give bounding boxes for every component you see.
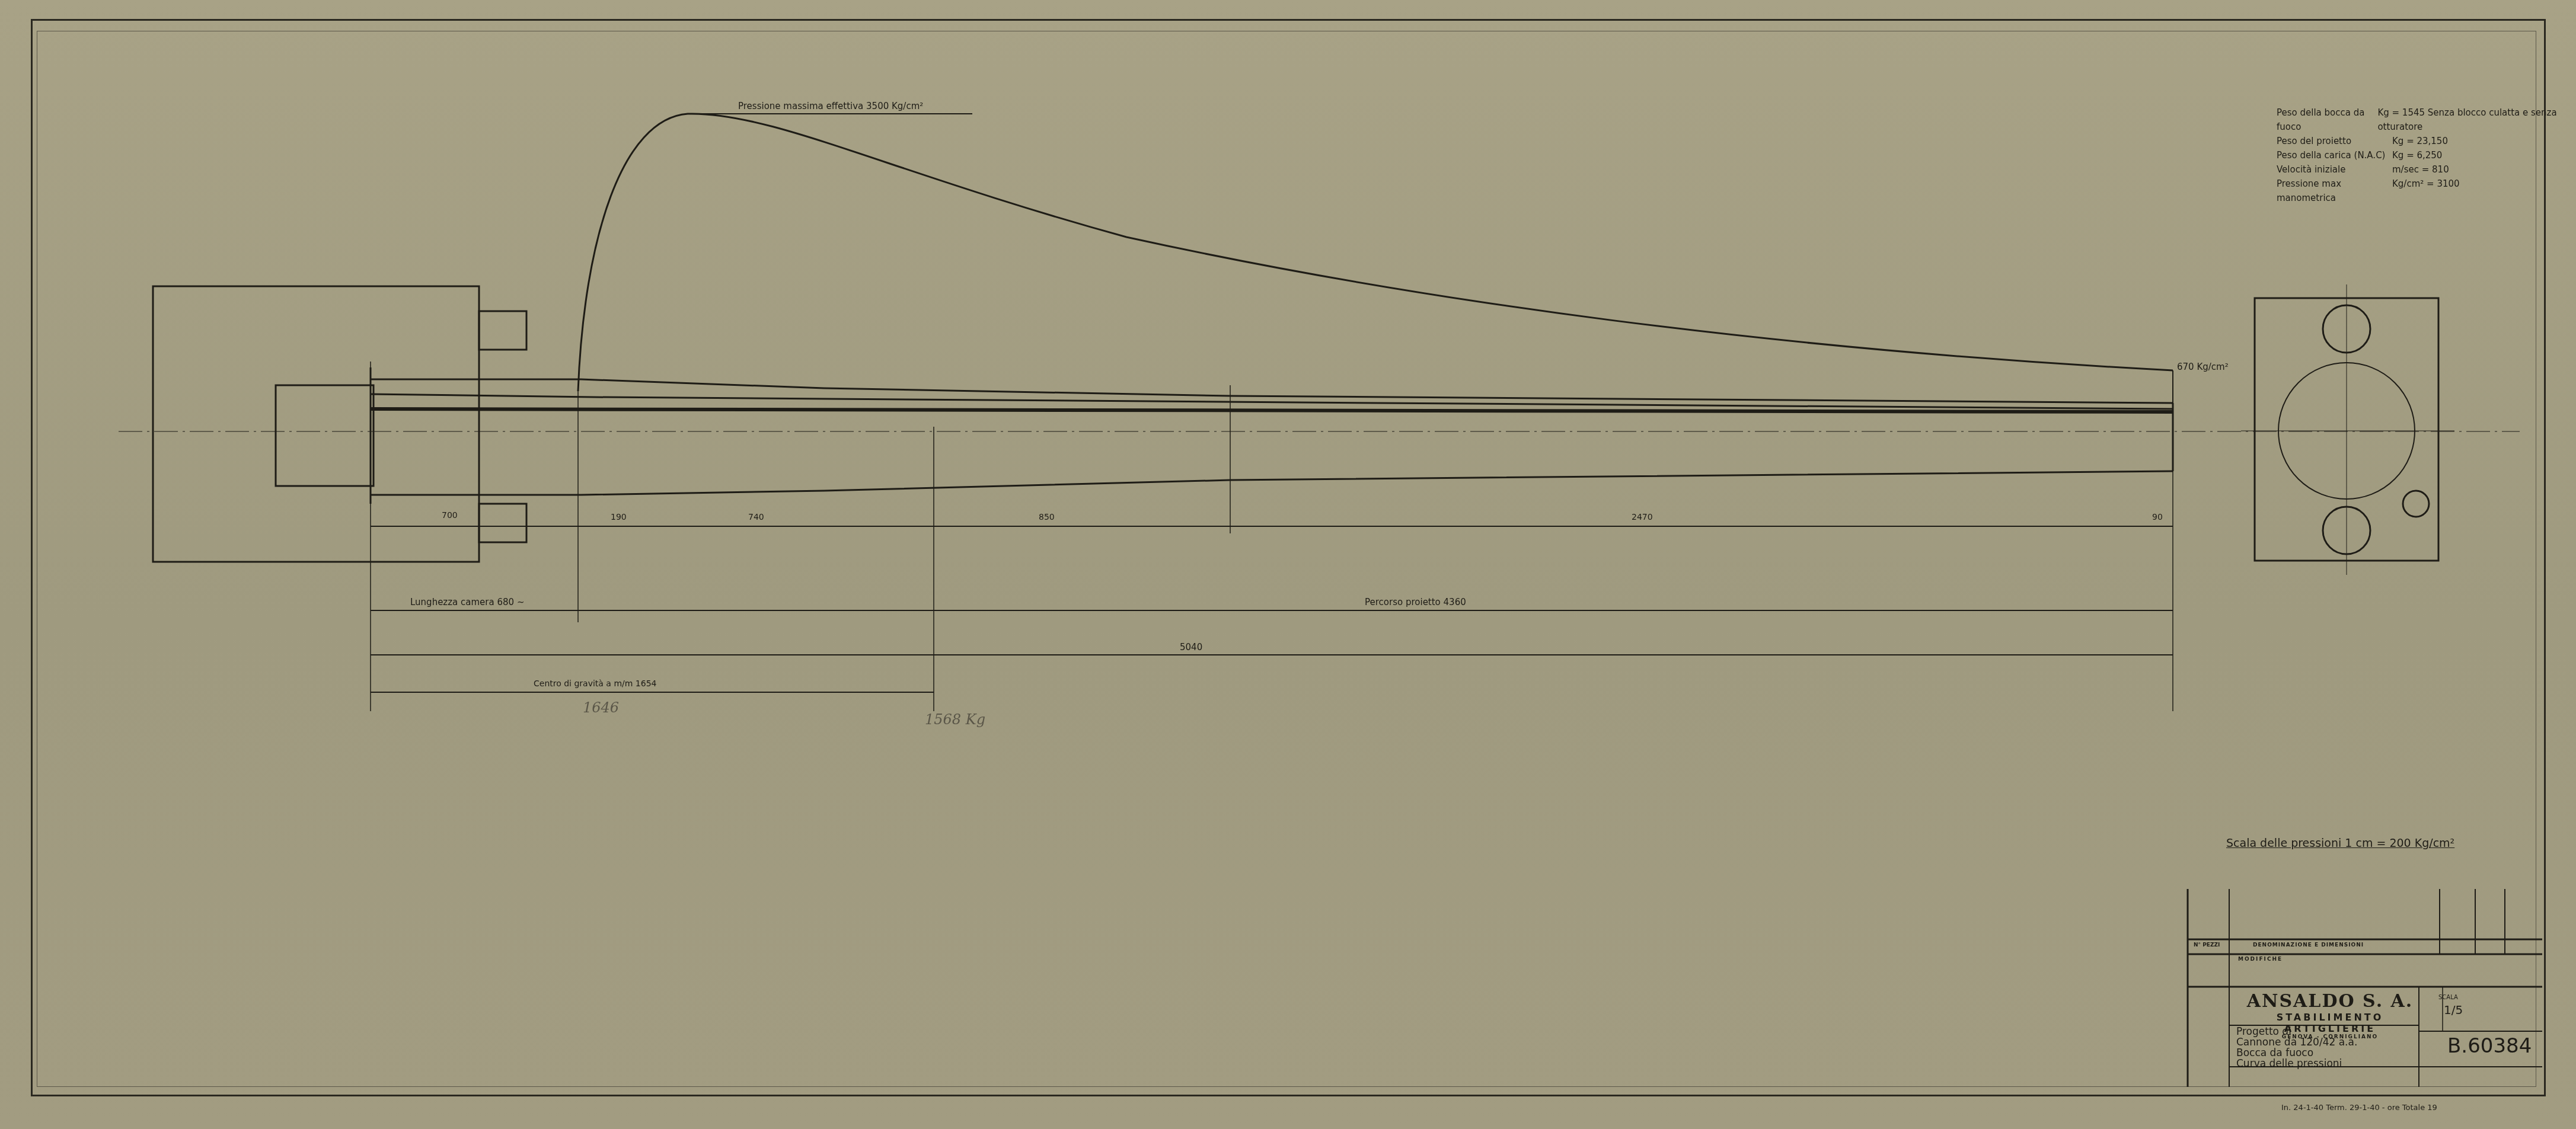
scale-value: 1/5 [2444, 1003, 2463, 1017]
drawing-number: B.60384 [2447, 1034, 2532, 1058]
spec-row: Pressione max manometricaKg/cm² = 3100 [2277, 177, 2576, 205]
technical-drawing [0, 0, 2576, 1129]
max-pressure-label: Pressione massima effettiva 3500 Kg/cm² [738, 101, 923, 111]
scale-label: SCALA [2438, 994, 2458, 1001]
dim-190: 190 [611, 513, 627, 522]
weight-handwritten: 1568 Kg [925, 711, 985, 728]
company-name: ANSALDO S. A. [2235, 991, 2425, 1012]
header-modifiche: MODIFICHE [2238, 957, 2283, 962]
spec-row: Peso della bocca da fuocoKg = 1545 Senza… [2277, 105, 2576, 134]
project-description: Progetto di Cannone da 120/42 a.a. Bocca… [2236, 1026, 2357, 1069]
pressure-curve [578, 114, 2173, 391]
dim-700: 700 [442, 511, 458, 520]
chamber-length-label: Lunghezza camera 680 ~ [410, 597, 524, 607]
dim-850: 850 [1039, 513, 1055, 522]
cg-handwritten: 1646 [583, 699, 619, 716]
dim-90: 90 [2152, 513, 2163, 522]
specifications-list: Peso della bocca da fuocoKg = 1545 Senza… [2277, 105, 2576, 205]
total-length-label: 5040 [1180, 642, 1202, 653]
spec-row: Velocità inizialem/sec = 810 [2277, 162, 2576, 177]
dim-2470: 2470 [1632, 513, 1653, 522]
dim-740: 740 [748, 513, 764, 522]
muzzle-pressure-label: 670 Kg/cm² [2177, 362, 2229, 372]
spec-row: Peso della carica (N.A.C)Kg = 6,250 [2277, 148, 2576, 162]
spec-row: Peso del proiettoKg = 23,150 [2277, 134, 2576, 148]
footer-note: In. 24-1-40 Term. 29-1-40 - ore Totale 1… [2281, 1104, 2437, 1112]
pressure-scale-label: Scala delle pressioni 1 cm = 200 Kg/cm² [2226, 837, 2454, 850]
center-of-gravity-label: Centro di gravità a m/m 1654 [534, 679, 656, 689]
projectile-travel-label: Percorso proietto 4360 [1365, 597, 1466, 607]
header-denominazione: DENOMINAZIONE E DIMENSIONI [2253, 942, 2364, 948]
header-pezzi: N° PEZZI [2194, 942, 2220, 948]
